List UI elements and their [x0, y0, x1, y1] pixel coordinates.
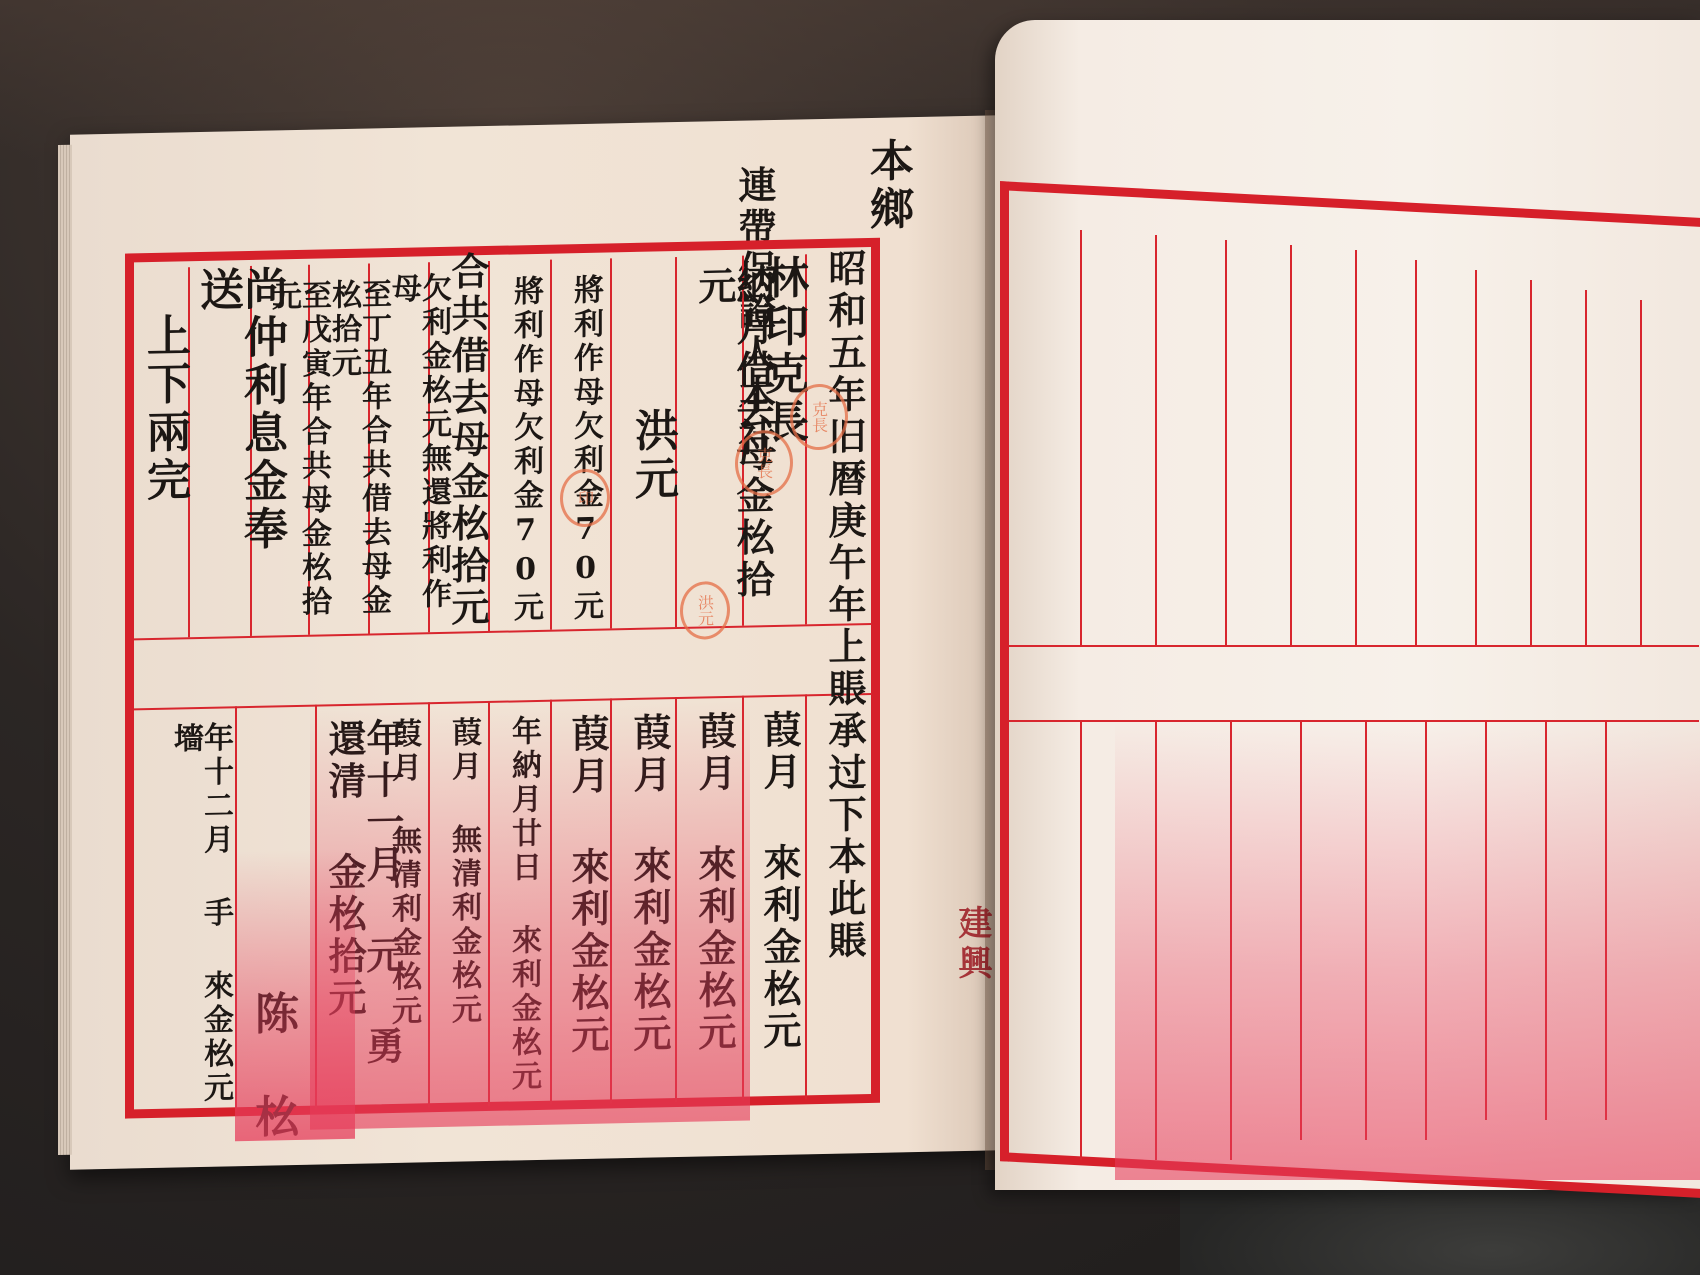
red-rule-line	[1485, 720, 1487, 1120]
red-rule-line	[1080, 230, 1082, 645]
red-rule-line	[550, 700, 552, 1105]
red-rule-line	[1290, 245, 1292, 645]
red-rule-line	[1415, 260, 1417, 645]
red-rule-line	[1155, 235, 1157, 645]
red-rule-line	[1355, 250, 1357, 645]
red-rule-line	[805, 694, 807, 1099]
entry-total-principal: 合共借去母金㭃拾元	[448, 251, 486, 632]
entry-interest-2: 將利作母欠利金70元	[510, 275, 540, 626]
left-page: 本鄉 連帶保證人本社 昭和五年旧暦庚午年上賬承过下本此賬 林印克長 納月借去母金…	[70, 115, 1000, 1169]
red-rule-line	[1545, 720, 1547, 1120]
red-rule-line	[610, 698, 612, 1103]
entry-jia-xu: 葭月 來利金㭃元	[568, 714, 606, 1105]
red-rule-line	[1640, 300, 1642, 645]
red-rule-line	[1155, 720, 1157, 1160]
red-rule-line	[1475, 270, 1477, 645]
entry-settled: 上下兩完	[142, 312, 186, 613]
entry-guarantor: 洪元	[630, 407, 674, 623]
lower-rule	[1009, 720, 1699, 722]
red-rule-line	[488, 701, 490, 1106]
entry-ji-mao-dec: 年十二月 手 來金㭃元 墻	[170, 721, 230, 1142]
right-page	[995, 20, 1700, 1190]
red-rule-line	[1605, 720, 1607, 1120]
entry-interest-1: 將利作母欠利金70元	[570, 274, 600, 625]
entry-bing-zi: 葭月 無清利金㭃元	[448, 716, 478, 1107]
red-rule-line	[1530, 280, 1532, 645]
entry-ji-mao-repaid: 年十一月 元 勇 還清 金㭃拾元	[325, 718, 401, 1160]
red-rule-line	[550, 260, 552, 630]
red-rule-line	[675, 697, 677, 1102]
entry-remaining-interest: 尚仲利息金奉送	[195, 265, 283, 597]
village-label: 本鄉	[865, 137, 909, 234]
ledger-frame-right	[1000, 181, 1700, 1199]
red-rule-line	[1425, 720, 1427, 1140]
upper-rule	[1009, 645, 1699, 647]
red-rule-line	[1300, 720, 1302, 1140]
entry-signature: 陈 㭃	[250, 990, 294, 1161]
entry-xin-wei: 葭月 來利金㭃元	[760, 709, 798, 1100]
entry-ren-shen: 葭月 來利金㭃元	[695, 711, 733, 1102]
entry-ding-chou: 至丁丑年合共借去母金㭃拾元	[328, 278, 388, 639]
entry-unpaid-interest: 欠利金㭃元無還將利作母	[388, 272, 448, 643]
red-rule-line	[1365, 720, 1367, 1140]
entry-yi-hai: 年納月廿日 來利金㭃元	[508, 715, 538, 1106]
red-rule-line	[428, 702, 430, 1107]
red-rule-line	[1080, 720, 1082, 1160]
date-column: 昭和五年旧暦庚午年上賬承过下本此賬	[825, 248, 863, 1109]
red-rule-line	[742, 696, 744, 1101]
gutter-stamp: 建興	[948, 905, 997, 985]
page-stack-edge	[58, 145, 72, 1155]
red-rule-line	[1585, 290, 1587, 645]
red-rule-line	[235, 706, 237, 1111]
red-rule-line	[315, 705, 317, 1110]
red-rule-line	[610, 258, 612, 628]
red-rule-line	[1225, 240, 1227, 645]
red-rule-line	[1230, 720, 1232, 1160]
entry-gui-you: 葭月 來利金㭃元	[630, 712, 668, 1103]
